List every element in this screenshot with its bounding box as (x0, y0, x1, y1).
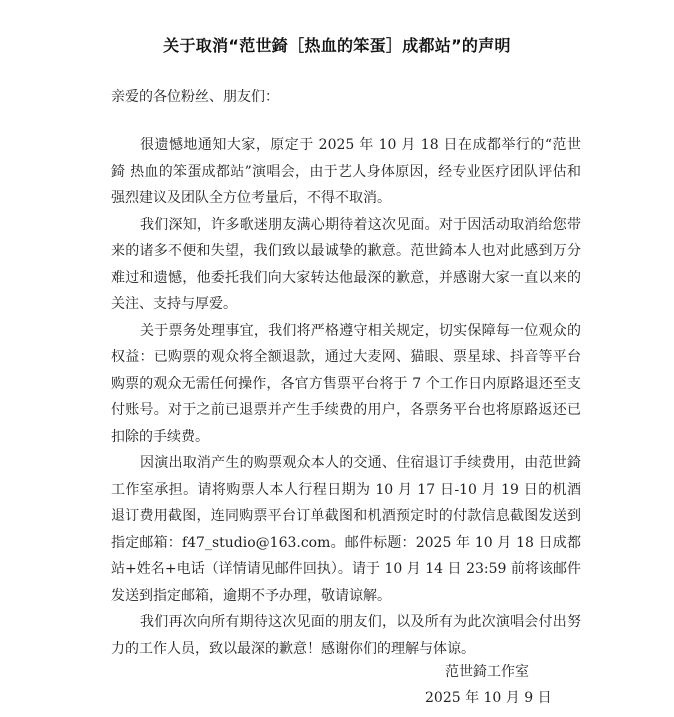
paragraph-closing: 我们再次向所有期待这次见面的朋友们，以及所有为此次演唱会付出努力的工作人员，致以… (111, 609, 581, 662)
paragraph-cancellation-notice: 很遗憾地通知大家，原定于 2025 年 10 月 18 日在成都举行的“范世錡 … (111, 132, 581, 212)
statement-document: 关于取消“范世錡［热血的笨蛋］成都站”的声明 亲爱的各位粉丝、朋友们： 很遗憾地… (0, 0, 674, 717)
signature-date: 2025 年 10 月 9 日 (425, 686, 552, 710)
paragraph-ticket-refund: 关于票务处理事宜，我们将严格遵守相关规定，切实保障每一位观众的权益：已购票的观众… (111, 318, 581, 451)
document-body: 很遗憾地通知大家，原定于 2025 年 10 月 18 日在成都举行的“范世錡 … (111, 132, 581, 662)
paragraph-apology: 我们深知，许多歌迷朋友满心期待着这次见面。对于因活动取消给您带来的诸多不便和失望… (111, 212, 581, 318)
signature-name: 范世錡工作室 (445, 660, 529, 684)
salutation: 亲爱的各位粉丝、朋友们： (111, 85, 279, 109)
document-title: 关于取消“范世錡［热血的笨蛋］成都站”的声明 (0, 34, 674, 58)
paragraph-travel-reimbursement: 因演出取消产生的购票观众本人的交通、住宿退订手续费用，由范世錡工作室承担。请将购… (111, 450, 581, 609)
